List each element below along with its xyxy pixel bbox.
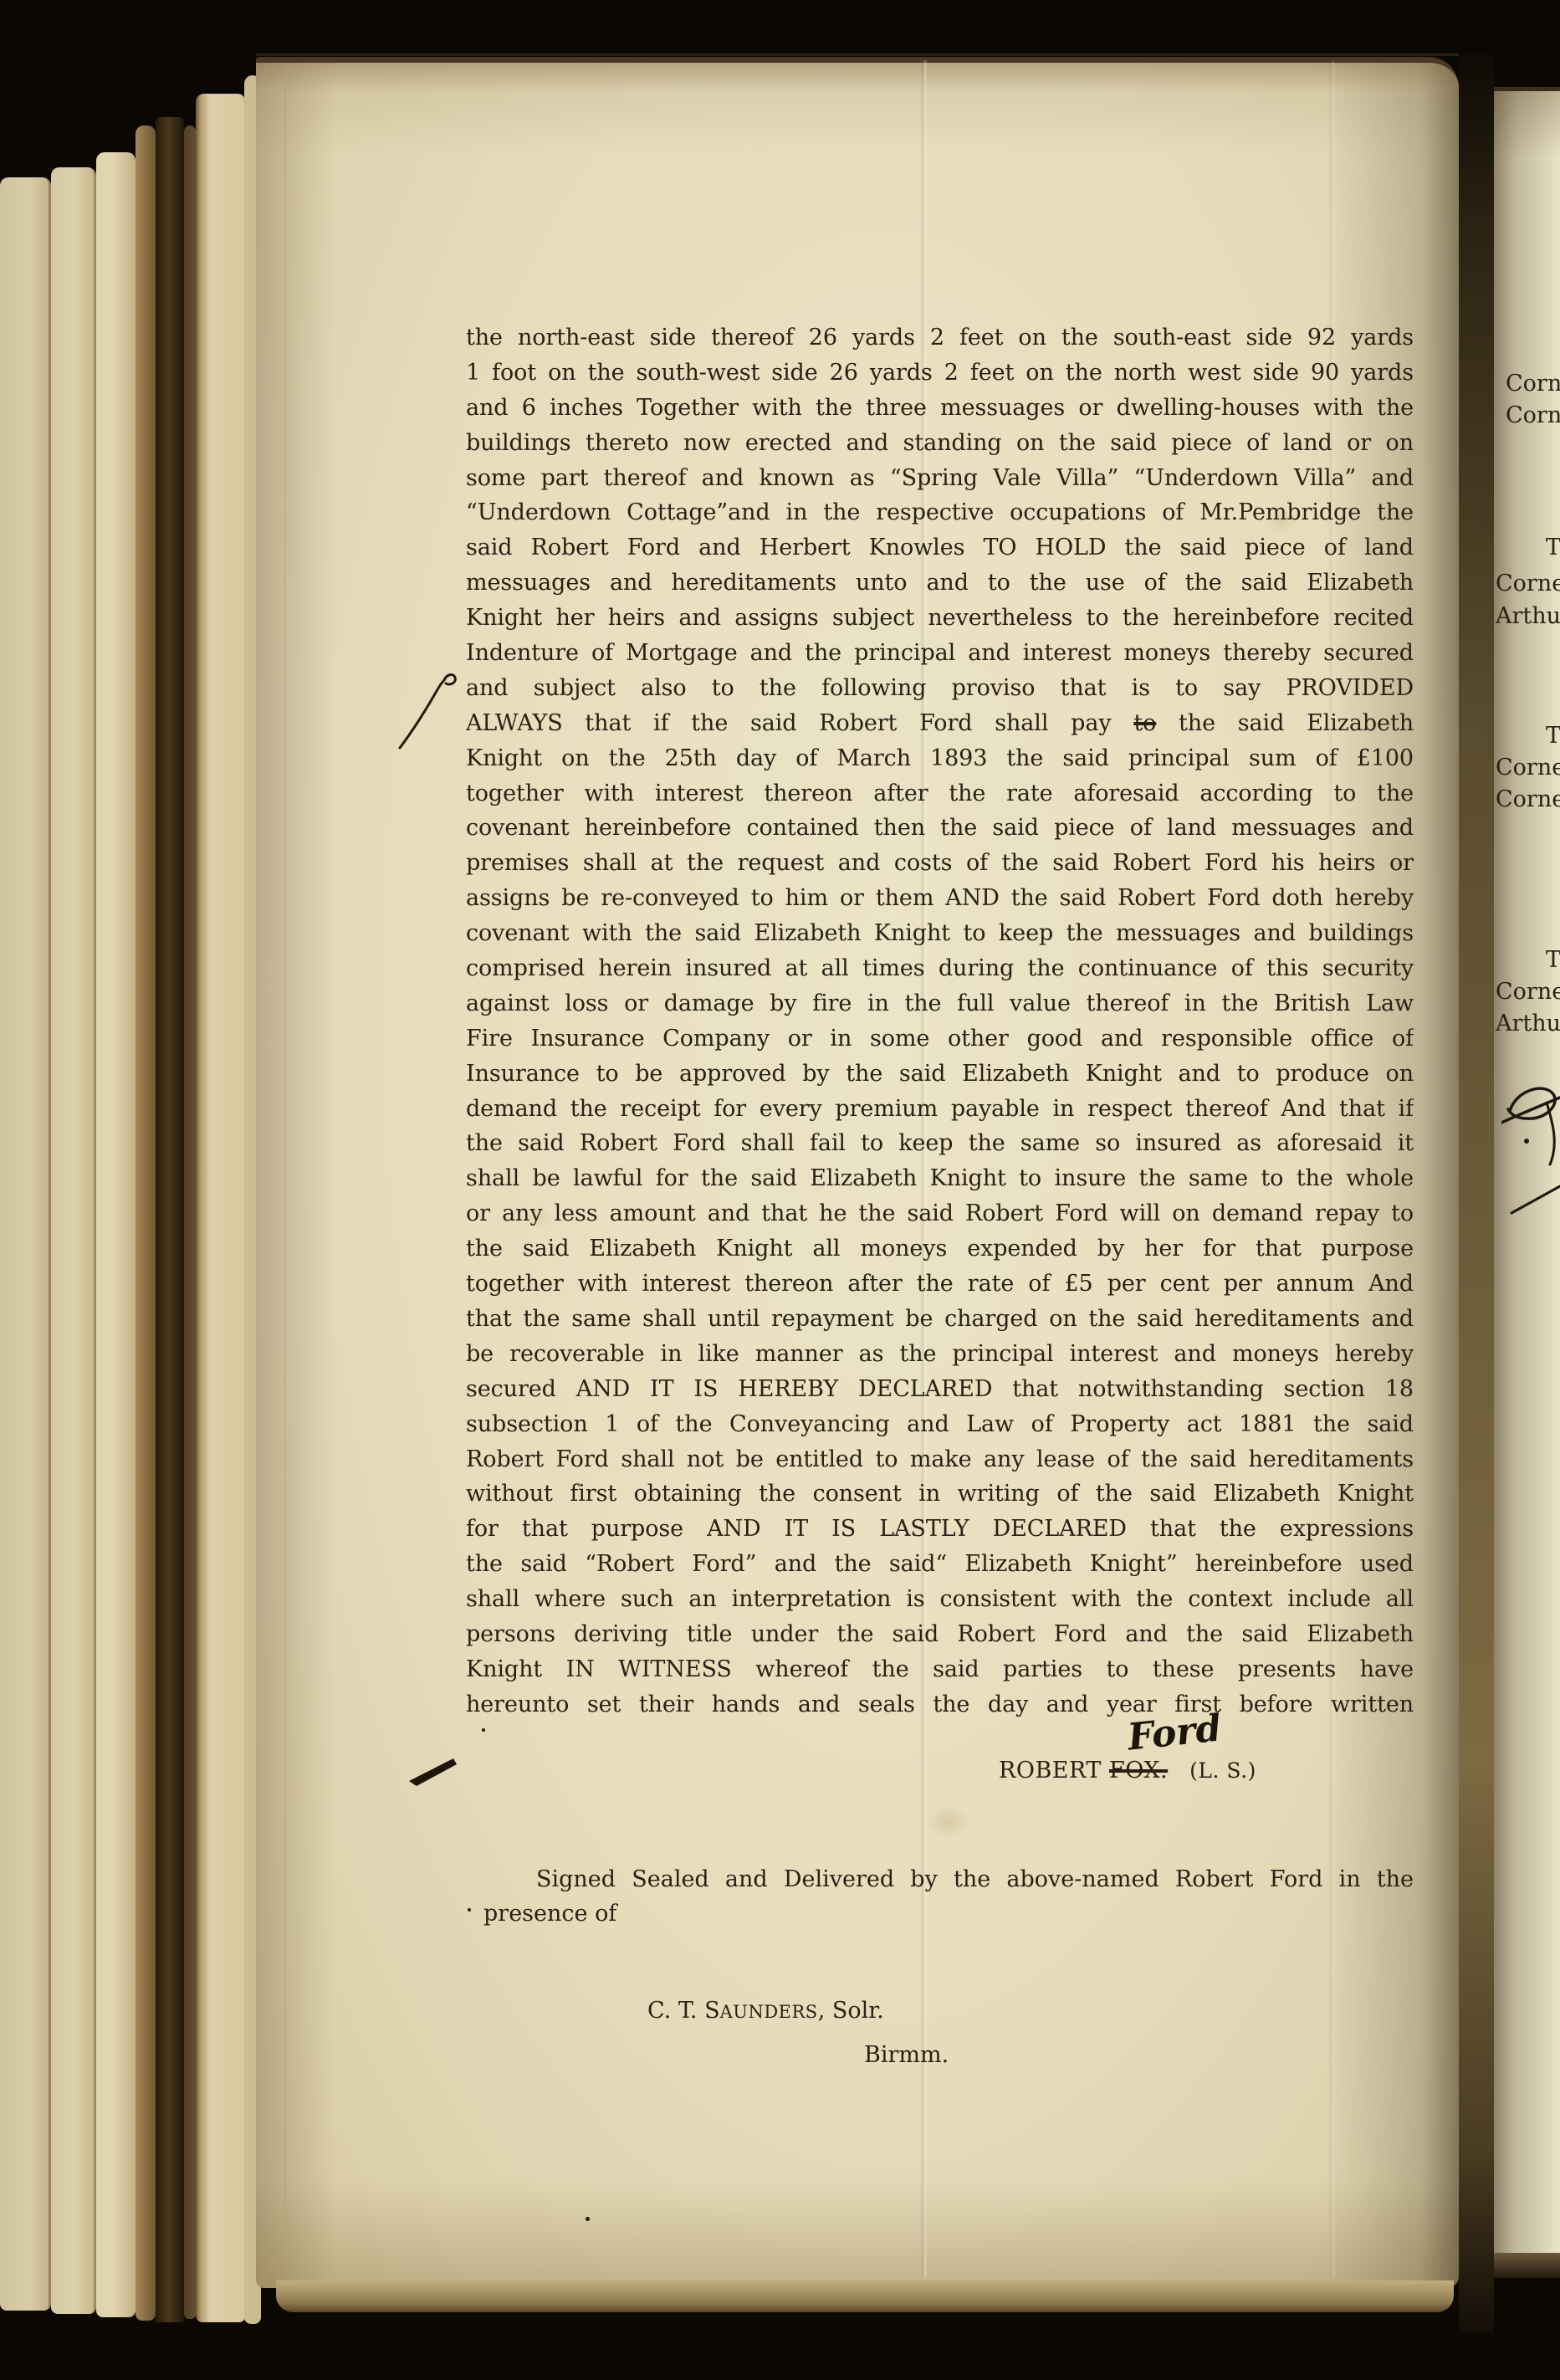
deed-line: assigns be re-conveyed to him or them AN… [466,881,1414,916]
deed-line-post: the said Elizabeth [1156,710,1414,736]
cutoff-text: Corne [1496,571,1560,596]
deed-line: Knight IN WITNESS whereof the said parti… [466,1652,1414,1687]
deed-line: messuages and hereditaments unto and to … [466,566,1414,601]
deed-line: against loss or damage by fire in the fu… [466,986,1414,1021]
cutoff-text: Arthu [1496,1011,1560,1036]
ink-speck [482,1728,485,1732]
witness-name: C. T. SAUNDERS, Solr. [647,1998,884,2024]
deed-line: comprised herein insured at all times du… [466,951,1414,986]
deed-line: subsection 1 of the Conveyancing and Law… [466,1407,1414,1442]
page-edge-strip [51,167,96,2314]
deed-line: Fire Insurance Company or in some other … [466,1021,1414,1057]
pen-stroke [407,1755,460,1789]
gutter-shadow [1459,54,1494,2332]
cutoff-text: T [1546,535,1560,560]
witness-name-post: , Solr. [818,1998,884,2024]
deed-line: premises shall at the request and costs … [466,846,1414,881]
deed-line: and subject also to the following provis… [466,671,1414,706]
deed-line: the north-east side thereof 26 yards 2 f… [466,320,1414,356]
deed-line: that the same shall until repayment be c… [466,1302,1414,1337]
deed-line-pre: ALWAYS that if the said Robert Ford shal… [466,710,1133,736]
cutoff-text: T [1546,947,1560,973]
deed-line: be recoverable in like manner as the pri… [466,1337,1414,1372]
page-edge-strip [184,125,196,2319]
cutoff-text: Corn [1506,402,1560,428]
deed-line: hereunto set their hands and seals the d… [466,1687,1414,1722]
page-edge-hairline [284,67,286,2275]
foxing-stain [927,1805,970,1839]
flourish-scribble [1501,1081,1560,1223]
deed-line: together with interest thereon after the… [466,1267,1414,1302]
deed-line: said Robert Ford and Herbert Knowles TO … [466,530,1414,566]
ink-speck [468,1908,471,1912]
deed-line: 1 foot on the south-west side 26 yards 2… [466,356,1414,391]
right-page-bottom-edge [1494,2253,1560,2278]
deed-line: covenant with the said Elizabeth Knight … [466,916,1414,951]
witness-name-pre: C. T. S [647,1998,720,2024]
deed-line-with-strikeout: ALWAYS that if the said Robert Ford shal… [466,706,1414,741]
deed-line: and 6 inches Together with the three mes… [466,391,1414,426]
page-edge-strip [136,125,156,2321]
tick-mark [396,673,457,751]
book-page-scan: the north-east side thereof 26 yards 2 f… [0,0,1560,2380]
deed-line: secured AND IT IS HEREBY DECLARED that n… [466,1372,1414,1407]
page-top-edge [256,54,1459,56]
deed-line: covenant hereinbefore contained then the… [466,811,1414,846]
cutoff-text: Cornel [1496,979,1560,1005]
cutoff-text: Arthu [1496,603,1560,629]
deed-line: some part thereof and known as “Spring V… [466,461,1414,496]
struck-surname: FOX. [1109,1758,1168,1784]
deed-line: demand the receipt for every premium pay… [466,1092,1414,1127]
deed-line: buildings thereto now erected and standi… [466,426,1414,461]
foxing-stain [525,1205,554,1230]
cutoff-text: Corne [1496,755,1560,781]
page-edge-strip [196,94,246,2322]
page-edge-strip [0,177,51,2311]
deed-line: persons deriving title under the said Ro… [466,1617,1414,1652]
deed-line: Robert Ford shall not be entitled to mak… [466,1442,1414,1477]
deed-line: for that purpose AND IT IS LASTLY DECLAR… [466,1512,1414,1547]
cutoff-text: Corne [1496,786,1560,812]
attestation-line-2: presence of [483,1896,616,1932]
foxing-stain [1265,507,1298,535]
deed-line: without first obtaining the consent in w… [466,1477,1414,1512]
deed-line: shall be lawful for the said Elizabeth K… [466,1161,1414,1196]
deed-line: or any less amount and that he the said … [466,1196,1414,1231]
witness-city: Birmm. [864,2042,949,2068]
cutoff-text: T [1546,723,1560,749]
deed-line: Knight on the 25th day of March 1893 the… [466,741,1414,776]
signatory-name: ROBERT [999,1758,1109,1784]
deed-line: the said “Robert Ford” and the said“ Eli… [466,1547,1414,1582]
seal-notation: (L. S.) [1189,1758,1256,1783]
witness-name-smallcaps: AUNDERS [720,2002,818,2022]
deed-line: the said Robert Ford shall fail to keep … [466,1126,1414,1161]
strikethrough-word: to [1133,710,1156,736]
ink-speck [586,2217,590,2221]
binding-crevice [156,117,184,2322]
cutoff-text: Corn [1506,371,1560,397]
deed-line: Knight her heirs and assigns subject nev… [466,601,1414,636]
deed-line: the said Elizabeth Knight all moneys exp… [466,1231,1414,1267]
deed-line: Insurance to be approved by the said Eli… [466,1057,1414,1092]
page-edge-strip [96,152,136,2317]
deed-line: together with interest thereon after the… [466,776,1414,811]
page-bottom-edge [276,2280,1454,2312]
attestation-line-1: Signed Sealed and Delivered by the above… [466,1862,1414,1897]
deed-line: shall where such an interpretation is co… [466,1582,1414,1617]
signature-line: ROBERT FOX.(L. S.) [999,1758,1256,1784]
deed-line: Indenture of Mortgage and the principal … [466,636,1414,671]
